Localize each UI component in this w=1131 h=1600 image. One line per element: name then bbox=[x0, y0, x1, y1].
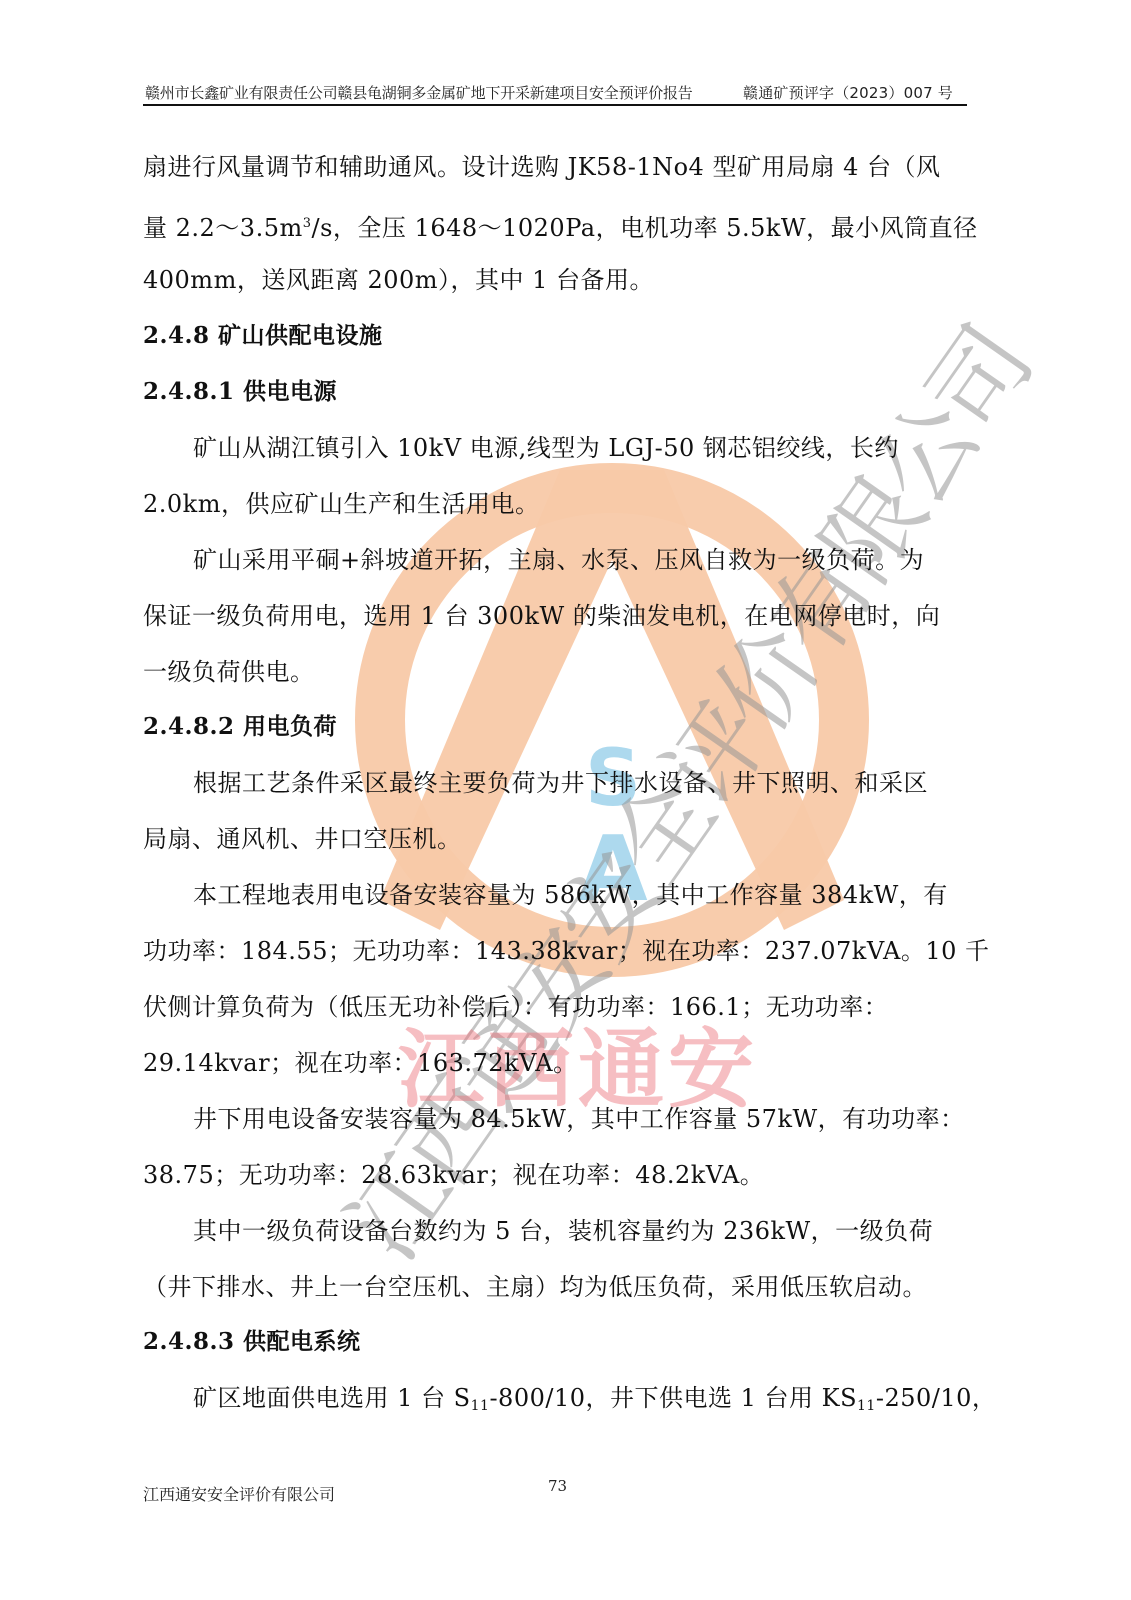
body-line: 400mm，送风距离 200m），其中 1 台备用。 bbox=[143, 265, 654, 295]
page-number: 73 bbox=[548, 1477, 567, 1495]
report-title: 赣州市长鑫矿业有限责任公司赣县龟湖铜多金属矿地下开采新建项目安全预评价报告 bbox=[145, 82, 693, 103]
header-rule bbox=[143, 104, 967, 106]
paragraph-line: 29.14kvar；视在功率：163.72kVA。 bbox=[143, 1048, 578, 1078]
section-heading-2-4-8-2: 2.4.8.2 用电负荷 bbox=[143, 712, 337, 742]
section-heading-2-4-8-1: 2.4.8.1 供电电源 bbox=[143, 377, 337, 407]
section-heading-2-4-8: 2.4.8 矿山供配电设施 bbox=[143, 321, 383, 351]
document-page: 赣州市长鑫矿业有限责任公司赣县龟湖铜多金属矿地下开采新建项目安全预评价报告 赣通… bbox=[0, 0, 1131, 1600]
paragraph-line: 根据工艺条件采区最终主要负荷为井下排水设备、井下照明、和采区 bbox=[193, 768, 928, 798]
paragraph-line: 矿山采用平硐+斜坡道开拓，主扇、水泵、压风自救为一级负荷。为 bbox=[193, 545, 924, 575]
body-line: 扇进行风量调节和辅助通风。设计选购 JK58-1No4 型矿用局扇 4 台（风 bbox=[143, 152, 940, 182]
paragraph-line: 其中一级负荷设备台数约为 5 台，装机容量约为 236kW，一级负荷 bbox=[193, 1216, 933, 1246]
paragraph-line: 一级负荷供电。 bbox=[143, 657, 315, 687]
paragraph-line: （井下排水、井上一台空压机、主扇）均为低压负荷，采用低压软启动。 bbox=[143, 1272, 927, 1302]
paragraph-line: 井下用电设备安装容量为 84.5kW，其中工作容量 57kW，有功功率： bbox=[193, 1104, 965, 1134]
section-heading-2-4-8-3: 2.4.8.3 供配电系统 bbox=[143, 1327, 361, 1357]
document-number: 赣通矿预评字（2023）007 号 bbox=[743, 82, 953, 103]
paragraph-line: 2.0km，供应矿山生产和生活用电。 bbox=[143, 489, 539, 519]
body-line: 量 2.2～3.5m3/s，全压 1648～1020Pa，电机功率 5.5kW，… bbox=[143, 209, 978, 243]
paragraph-line: 矿山从湖江镇引入 10kV 电源,线型为 LGJ-50 钢芯铝绞线，长约 bbox=[193, 433, 899, 463]
footer-company: 江西通安安全评价有限公司 bbox=[143, 1482, 335, 1505]
page-header: 赣州市长鑫矿业有限责任公司赣县龟湖铜多金属矿地下开采新建项目安全预评价报告 赣通… bbox=[143, 80, 967, 104]
paragraph-line: 功功率：184.55；无功功率：143.38kvar；视在功率：237.07kV… bbox=[143, 936, 990, 966]
paragraph-line: 矿区地面供电选用 1 台 S11-800/10，井下供电选 1 台用 KS11-… bbox=[193, 1383, 996, 1421]
paragraph-line: 38.75；无功功率：28.63kvar；视在功率：48.2kVA。 bbox=[143, 1160, 764, 1190]
paragraph-line: 保证一级负荷用电，选用 1 台 300kW 的柴油发电机，在电网停电时，向 bbox=[143, 601, 940, 631]
paragraph-line: 局扇、通风机、井口空压机。 bbox=[143, 824, 462, 854]
paragraph-line: 伏侧计算负荷为（低压无功补偿后）：有功功率：166.1；无功功率： bbox=[143, 992, 888, 1022]
paragraph-line: 本工程地表用电设备安装容量为 586kW，其中工作容量 384kW，有 bbox=[193, 880, 948, 910]
